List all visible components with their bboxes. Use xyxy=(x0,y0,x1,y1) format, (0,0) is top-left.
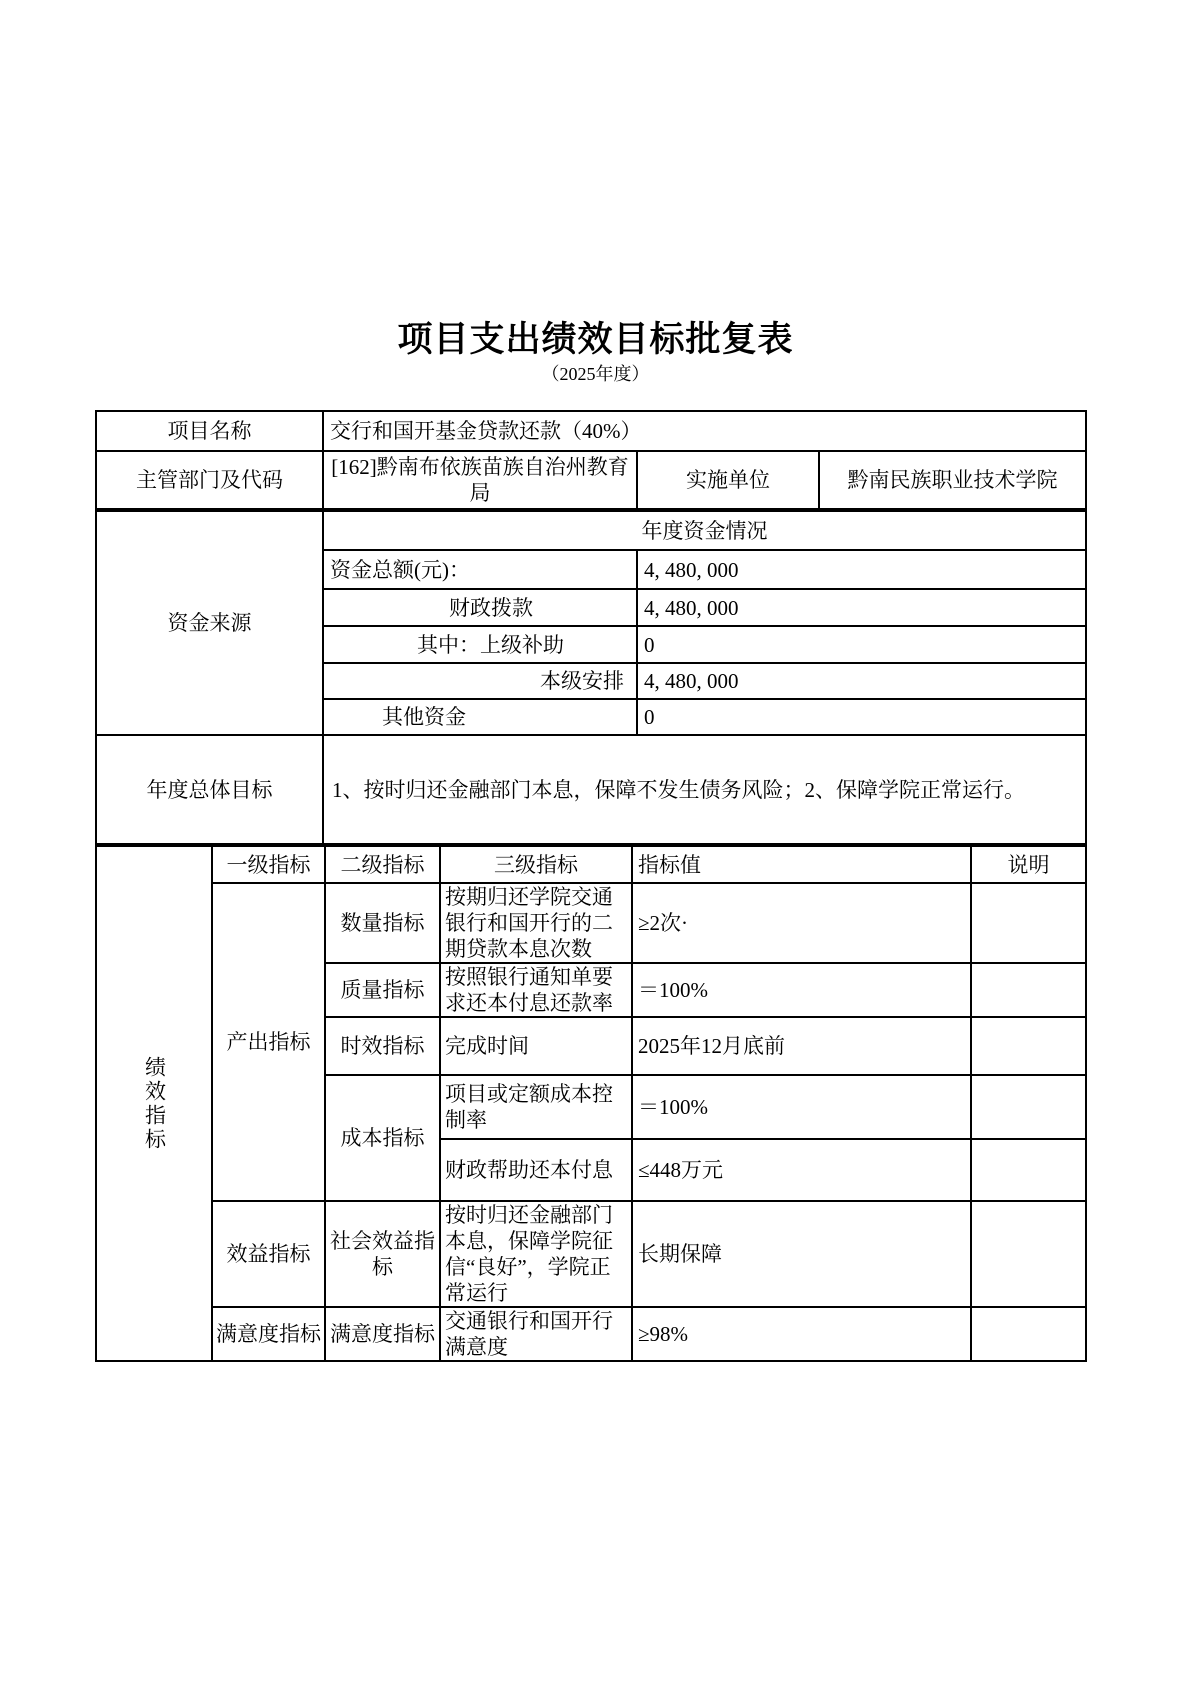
level1-benefit: 效益指标 xyxy=(212,1201,325,1307)
page-subtitle: （2025年度） xyxy=(0,360,1191,386)
funding-other-value: 0 xyxy=(637,699,1086,735)
value-social-benefit: 长期保障 xyxy=(632,1201,971,1307)
performance-side-label: 绩效指标 xyxy=(96,846,212,1361)
indicator-row-benefit: 效益指标 社会效益指标 按时归还金融部门本息，保障学院征信“良好”，学院正常运行… xyxy=(96,1201,1086,1307)
indicator-row-satisfaction: 满意度指标 满意度指标 交通银行和国开行满意度 ≥98% xyxy=(96,1307,1086,1361)
level2-timeliness: 时效指标 xyxy=(325,1017,440,1075)
project-name-value: 交行和国开基金贷款还款（40%） xyxy=(323,411,1086,451)
level3-timeliness: 完成时间 xyxy=(440,1017,632,1075)
funding-fiscal-label: 财政拨款 xyxy=(323,589,637,626)
value-cost-control: ＝100% xyxy=(632,1075,971,1139)
header-level1: 一级指标 xyxy=(212,846,325,883)
level3-quality: 按照银行通知单要求还本付息还款率 xyxy=(440,963,632,1017)
note-cell xyxy=(971,963,1086,1017)
funding-local-label: 本级安排 xyxy=(323,663,637,699)
value-satisfaction: ≥98% xyxy=(632,1307,971,1361)
note-cell xyxy=(971,1017,1086,1075)
note-cell xyxy=(971,1139,1086,1201)
funding-superior-label: 其中：上级补助 xyxy=(323,626,637,663)
table-row: 项目名称 交行和国开基金贷款还款（40%） xyxy=(96,411,1086,451)
funding-source-label: 资金来源 xyxy=(96,511,323,735)
header-note: 说明 xyxy=(971,846,1086,883)
table-row: 资金来源 年度资金情况 xyxy=(96,511,1086,550)
funding-total-value: 4, 480, 000 xyxy=(637,550,1086,589)
performance-side-label-text: 绩效指标 xyxy=(142,1056,165,1152)
note-cell xyxy=(971,1307,1086,1361)
impl-unit-label: 实施单位 xyxy=(637,451,819,509)
note-cell xyxy=(971,1201,1086,1307)
funding-local-value: 4, 480, 000 xyxy=(637,663,1086,699)
level3-satisfaction: 交通银行和国开行满意度 xyxy=(440,1307,632,1361)
note-cell xyxy=(971,883,1086,963)
note-cell xyxy=(971,1075,1086,1139)
annual-goal-label: 年度总体目标 xyxy=(96,735,323,844)
table-row: 主管部门及代码 [162]黔南布依族苗族自治州教育局 实施单位 黔南民族职业技术… xyxy=(96,451,1086,509)
funding-other-label: 其他资金 xyxy=(323,699,637,735)
level3-fiscal-repay: 财政帮助还本付息 xyxy=(440,1139,632,1201)
annual-goal-text: 1、按时归还金融部门本息，保障不发生债务风险；2、保障学院正常运行。 xyxy=(323,735,1086,844)
indicator-row-quantity: 产出指标 数量指标 按期归还学院交通银行和国开行的二期贷款本息次数 ≥2次· xyxy=(96,883,1086,963)
approval-table: 项目名称 交行和国开基金贷款还款（40%） 主管部门及代码 [162]黔南布依族… xyxy=(95,410,1085,1362)
funding-fiscal-value: 4, 480, 000 xyxy=(637,589,1086,626)
level3-quantity: 按期归还学院交通银行和国开行的二期贷款本息次数 xyxy=(440,883,632,963)
funding-section-header: 年度资金情况 xyxy=(323,511,1086,550)
value-quality: ＝100% xyxy=(632,963,971,1017)
level2-cost: 成本指标 xyxy=(325,1075,440,1201)
indicators-table: 绩效指标 一级指标 二级指标 三级指标 指标值 说明 产出指标 数量指标 按期归… xyxy=(95,845,1087,1362)
level1-satisfaction: 满意度指标 xyxy=(212,1307,325,1361)
header-level2: 二级指标 xyxy=(325,846,440,883)
page-title: 项目支出绩效目标批复表 xyxy=(0,312,1191,362)
level3-cost-control: 项目或定额成本控制率 xyxy=(440,1075,632,1139)
header-level3: 三级指标 xyxy=(440,846,632,883)
level3-social-benefit: 按时归还金融部门本息，保障学院征信“良好”，学院正常运行 xyxy=(440,1201,632,1307)
table-row: 年度总体目标 1、按时归还金融部门本息，保障不发生债务风险；2、保障学院正常运行… xyxy=(96,735,1086,844)
level2-satisfaction: 满意度指标 xyxy=(325,1307,440,1361)
funding-table: 资金来源 年度资金情况 资金总额(元)： 4, 480, 000 财政拨款 4,… xyxy=(95,510,1087,845)
dept-code-label: 主管部门及代码 xyxy=(96,451,323,509)
level2-social-benefit: 社会效益指标 xyxy=(325,1201,440,1307)
project-name-label: 项目名称 xyxy=(96,411,323,451)
level2-quantity: 数量指标 xyxy=(325,883,440,963)
dept-code-value: [162]黔南布依族苗族自治州教育局 xyxy=(323,451,637,509)
funding-total-label: 资金总额(元)： xyxy=(323,550,637,589)
value-fiscal-repay: ≤448万元 xyxy=(632,1139,971,1201)
value-timeliness: 2025年12月底前 xyxy=(632,1017,971,1075)
header-value: 指标值 xyxy=(632,846,971,883)
impl-unit-value: 黔南民族职业技术学院 xyxy=(819,451,1086,509)
value-quantity: ≥2次· xyxy=(632,883,971,963)
info-table: 项目名称 交行和国开基金贷款还款（40%） 主管部门及代码 [162]黔南布依族… xyxy=(95,410,1087,510)
indicator-header-row: 绩效指标 一级指标 二级指标 三级指标 指标值 说明 xyxy=(96,846,1086,883)
level1-output: 产出指标 xyxy=(212,883,325,1201)
level2-quality: 质量指标 xyxy=(325,963,440,1017)
funding-superior-value: 0 xyxy=(637,626,1086,663)
document-page: 项目支出绩效目标批复表 （2025年度） 项目名称 交行和国开基金贷款还款（40… xyxy=(0,0,1191,1684)
